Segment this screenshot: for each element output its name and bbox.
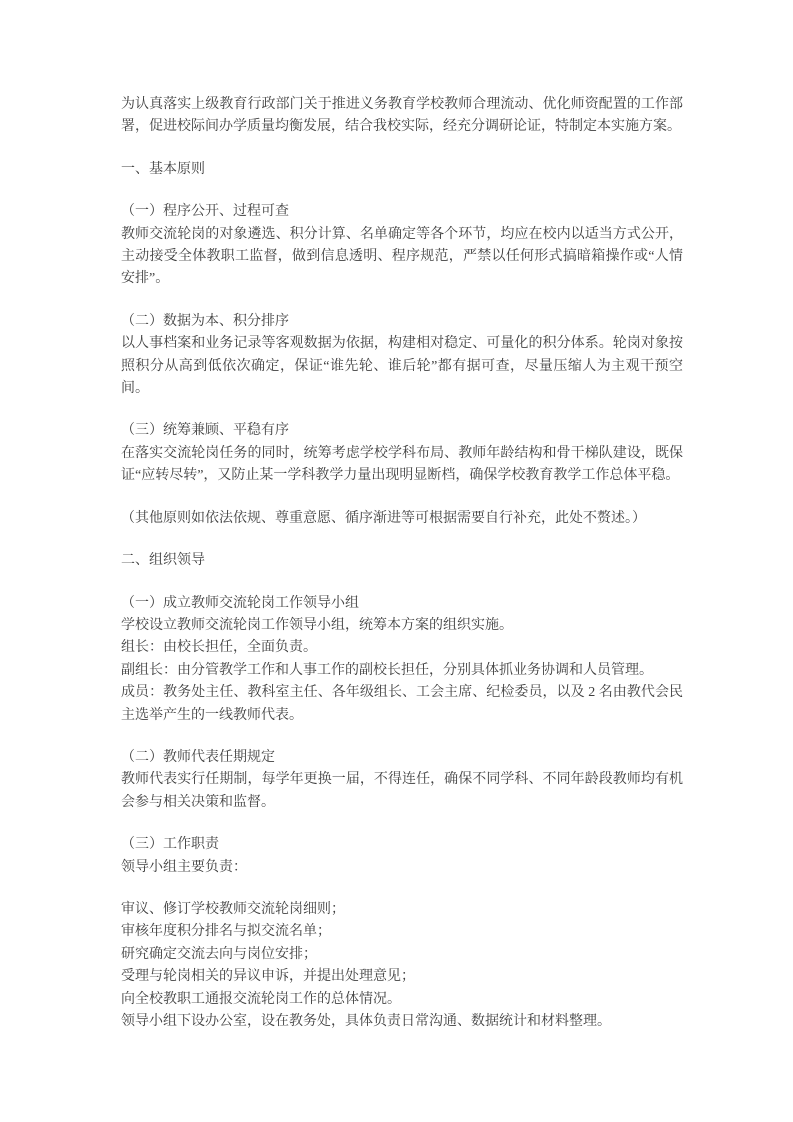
- paragraph: 向全校教职工通报交流轮岗工作的总体情况。: [121, 989, 683, 1011]
- paragraph-block: （一）程序公开、过程可查教师交流轮岗的对象遴选、积分计算、名单确定等各个环节，均…: [121, 201, 683, 291]
- paragraph: 审议、修订学校教师交流轮岗细则；: [121, 899, 683, 921]
- paragraph: （二）教师代表任期规定: [121, 747, 683, 769]
- paragraph: （一）程序公开、过程可查: [121, 201, 683, 223]
- paragraph-block: （三）工作职责领导小组主要负责：: [121, 834, 683, 879]
- paragraph: 教师代表实行任期制，每学年更换一届，不得连任，确保不同学科、不同年龄段教师均有机…: [121, 769, 683, 814]
- paragraph-block: （三）统筹兼顾、平稳有序在落实交流轮岗任务的同时，统筹考虑学校学科布局、教师年龄…: [121, 420, 683, 487]
- paragraph: 二、组织领导: [121, 550, 683, 572]
- paragraph-block: （一）成立教师交流轮岗工作领导小组学校设立教师交流轮岗工作领导小组，统筹本方案的…: [121, 593, 683, 727]
- paragraph-block: 为认真落实上级教育行政部门关于推进义务教育学校教师合理流动、优化师资配置的工作部…: [121, 94, 683, 139]
- paragraph: 领导小组主要负责：: [121, 857, 683, 879]
- paragraph: 以人事档案和业务记录等客观数据为依据，构建相对稳定、可量化的积分体系。轮岗对象按…: [121, 333, 683, 400]
- paragraph: 审核年度积分排名与拟交流名单；: [121, 921, 683, 943]
- paragraph: （三）工作职责: [121, 834, 683, 856]
- paragraph: 成员：教务处主任、教科室主任、各年级组长、工会主席、纪检委员，以及 2 名由教代…: [121, 682, 683, 727]
- paragraph: 学校设立教师交流轮岗工作领导小组，统筹本方案的组织实施。: [121, 615, 683, 637]
- paragraph: （其他原则如依法依规、尊重意愿、循序渐进等可根据需要自行补充，此处不赘述。）: [121, 508, 683, 530]
- paragraph: 受理与轮岗相关的异议申诉，并提出处理意见；: [121, 966, 683, 988]
- paragraph: 组长：由校长担任，全面负责。: [121, 637, 683, 659]
- paragraph: 为认真落实上级教育行政部门关于推进义务教育学校教师合理流动、优化师资配置的工作部…: [121, 94, 683, 139]
- paragraph: 教师交流轮岗的对象遴选、积分计算、名单确定等各个环节，均应在校内以适当方式公开，…: [121, 224, 683, 291]
- paragraph: 一、基本原则: [121, 159, 683, 181]
- document-page: 为认真落实上级教育行政部门关于推进义务教育学校教师合理流动、优化师资配置的工作部…: [0, 0, 793, 1122]
- paragraph-block: 审议、修订学校教师交流轮岗细则；审核年度积分排名与拟交流名单；研究确定交流去向与…: [121, 899, 683, 1033]
- paragraph: 研究确定交流去向与岗位安排；: [121, 944, 683, 966]
- paragraph-block: 二、组织领导: [121, 550, 683, 572]
- paragraph-block: （二）数据为本、积分排序以人事档案和业务记录等客观数据为依据，构建相对稳定、可量…: [121, 311, 683, 401]
- paragraph: （一）成立教师交流轮岗工作领导小组: [121, 593, 683, 615]
- paragraph-block: （二）教师代表任期规定教师代表实行任期制，每学年更换一届，不得连任，确保不同学科…: [121, 747, 683, 814]
- paragraph: （二）数据为本、积分排序: [121, 311, 683, 333]
- paragraph: 副组长：由分管教学工作和人事工作的副校长担任，分别具体抓业务协调和人员管理。: [121, 660, 683, 682]
- paragraph: 在落实交流轮岗任务的同时，统筹考虑学校学科布局、教师年龄结构和骨干梯队建设，既保…: [121, 443, 683, 488]
- paragraph-block: 一、基本原则: [121, 159, 683, 181]
- paragraph: 领导小组下设办公室，设在教务处，具体负责日常沟通、数据统计和材料整理。: [121, 1011, 683, 1033]
- document-body: 为认真落实上级教育行政部门关于推进义务教育学校教师合理流动、优化师资配置的工作部…: [121, 94, 683, 1033]
- paragraph-block: （其他原则如依法依规、尊重意愿、循序渐进等可根据需要自行补充，此处不赘述。）: [121, 508, 683, 530]
- paragraph: （三）统筹兼顾、平稳有序: [121, 420, 683, 442]
